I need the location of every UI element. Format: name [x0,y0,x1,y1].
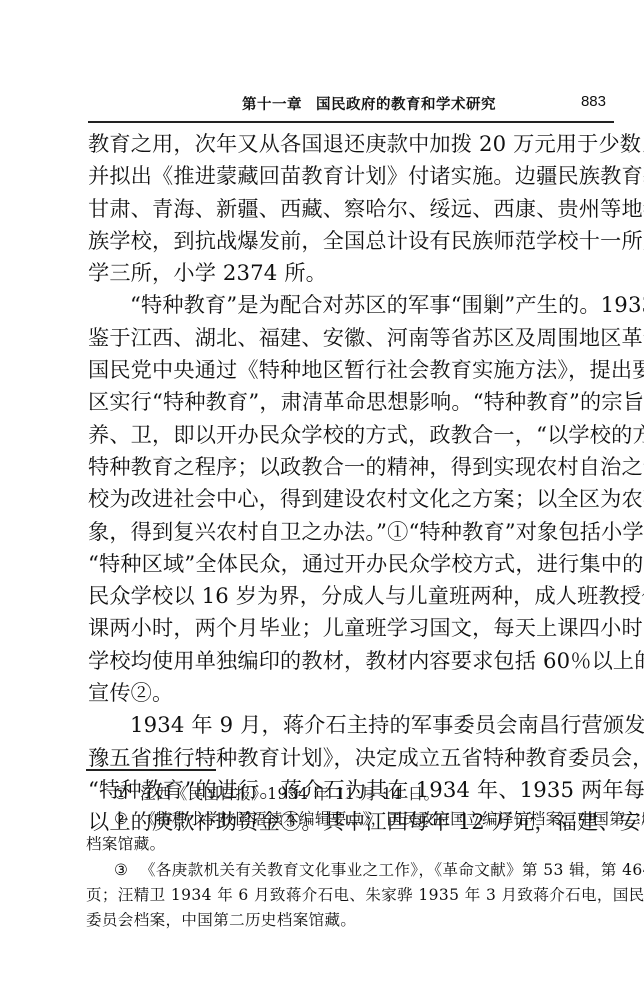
footnote-3-continued: 委员会档案，中国第二历史档案馆藏。 [86,908,614,933]
footnote-3-continued: 页；汪精卫 1934 年 6 月致蒋介石电、朱家骅 1935 年 3 月致蒋介石… [86,883,614,908]
footnote-2: ②《特种小学校国语读本编辑要点》，国民政府国立编译馆档案，中国第二历史 [86,807,614,832]
text-line: 民众学校以 16 岁为界，分成人与儿童班两种，成人班教授公民，每天授 [88,580,614,612]
chapter-number: 第十一章 [242,97,302,113]
header-divider [88,121,614,123]
footnote-divider [86,769,216,771]
footnote-text: 《各庚款机关有关教育文化事业之工作》，《革命文献》第 53 辑，第 464—46… [140,861,644,879]
text-line: 宣传②。 [88,677,614,709]
text-line: 教育之用，次年又从各国退还庚款中加拨 20 万元用于少数民族教育， [88,128,614,160]
footnotes: ①江西《民国日报》1934 年 11 月 14 日。 ②《特种小学校国语读本编辑… [86,782,614,933]
text-line: 鉴于江西、湖北、福建、安徽、河南等省苏区及周围地区革命思想浓厚， [88,322,614,354]
text-line: 区实行“特种教育”，肃清革命思想影响。“特种教育”的宗旨是管、教、 [88,386,614,418]
text-line: 学校均使用单独编印的教材，教材内容要求包括 60％以上的政治 [88,645,614,677]
paragraph-start-line: 1934 年 9 月，蒋介石主持的军事委员会南昌行营颁发《赣闽皖鄂 [88,709,614,741]
text-line: 甘肃、青海、新疆、西藏、察哈尔、绥远、西康、贵州等地都相继设立了民 [88,193,614,225]
paragraph-start-line: “特种教育”是为配合对苏区的军事“围剿”产生的。1933 年 3 月， [88,289,614,321]
text-line: 校为改进社会中心，得到建设农村文化之方案；以全区为农事改进对 [88,483,614,515]
text-line: 特种教育之程序；以政教合一的精神，得到实现农村自治之步骤；以学 [88,451,614,483]
footnote-marker: ① [114,782,140,807]
footnote-marker: ② [114,807,140,832]
text-line: 课两小时，两个月毕业；儿童班学习国文，每天上课四小时，一年毕业。 [88,612,614,644]
text-line: 国民党中央通过《特种地区暂行社会教育实施方法》，提出要在这些地 [88,354,614,386]
text-line: 学三所，小学 2374 所。 [88,257,614,289]
text-line: “特种区域”全体民众，通过开办民众学校方式，进行集中的思想灌输。 [88,548,614,580]
footnote-2-continued: 档案馆藏。 [86,832,614,857]
text-line: 族学校，到抗战爆发前，全国总计设有民族师范学校十一所又九班，中 [88,225,614,257]
footnote-marker: ③ [114,858,140,883]
text-line: 养、卫，即以开办民众学校的方式，政教合一，“以学校的方式，得到实施 [88,419,614,451]
chapter-header: 第十一章国民政府的教育和学术研究 [242,93,496,114]
footnote-text: 江西《民国日报》1934 年 11 月 14 日。 [140,785,440,803]
body-text: 教育之用，次年又从各国退还庚款中加拨 20 万元用于少数民族教育， 并拟出《推进… [88,128,614,839]
running-header: 第十一章国民政府的教育和学术研究 883 [88,91,612,119]
page-number: 883 [581,93,606,110]
chapter-title: 国民政府的教育和学术研究 [316,97,496,113]
footnote-1: ①江西《民国日报》1934 年 11 月 14 日。 [86,782,614,807]
footnote-text: 《特种小学校国语读本编辑要点》，国民政府国立编译馆档案，中国第二历史 [140,810,644,828]
footnote-3: ③《各庚款机关有关教育文化事业之工作》，《革命文献》第 53 辑，第 464—4… [86,858,614,883]
text-line: 象，得到复兴农村自卫之办法。”①“特种教育”对象包括小学生在内的 [88,516,614,548]
text-line: 并拟出《推进蒙藏回苗教育计划》付诸实施。边疆民族教育获得发展， [88,160,614,192]
